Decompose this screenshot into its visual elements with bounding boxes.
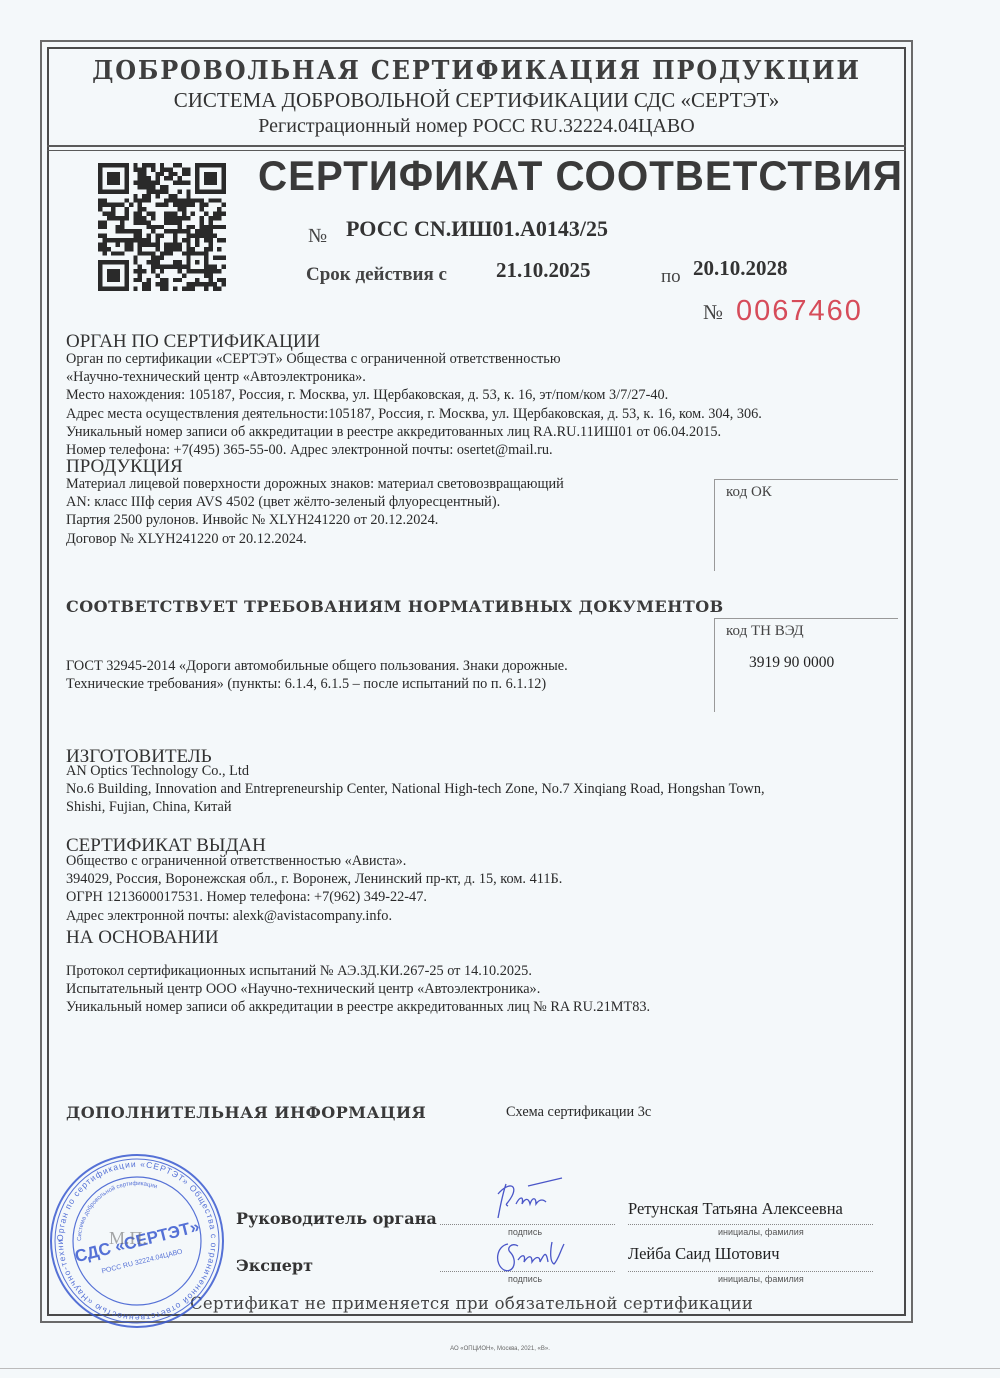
serial-number: 0067460 <box>736 295 863 328</box>
certification-scheme: Схема сертификации 3с <box>506 1103 651 1121</box>
basis-title: НА ОСНОВАНИИ <box>66 927 219 949</box>
manufacturer-details: AN Optics Technology Co., Ltd No.6 Build… <box>66 762 906 817</box>
conformity-details: ГОСТ 32945-2014 «Дороги автомобильные об… <box>66 657 706 693</box>
text-line: Орган по сертификации «СЕРТЭТ» Общества … <box>66 350 896 368</box>
issued-to-details: Общество с ограниченной ответственностью… <box>66 852 906 925</box>
text-line: ОГРН 1213600017531. Номер телефона: +7(9… <box>66 888 906 906</box>
signature-role-expert: Эксперт <box>236 1256 313 1275</box>
header-title: ДОБРОВОЛЬНАЯ СЕРТИФИКАЦИЯ ПРОДУКЦИИ <box>81 56 871 86</box>
name-line-head <box>628 1224 873 1225</box>
signature-name-head: Ретунская Татьяна Алексеевна <box>628 1199 843 1219</box>
text-line: Shishi, Fujian, China, Китай <box>66 798 906 816</box>
valid-from: 21.10.2025 <box>496 258 591 283</box>
validity-label: Срок действия с <box>306 264 447 286</box>
name-caption-head: инициалы, фамилия <box>718 1227 804 1237</box>
text-line: Технические требования» (пункты: 6.1.4, … <box>66 675 706 693</box>
serial-label: № <box>703 300 723 325</box>
valid-to-label: по <box>661 266 681 288</box>
bottom-rule <box>0 1368 1000 1369</box>
stamp-seal-icon: Орган по сертификации «СЕРТЭТ» Общества … <box>48 1152 226 1330</box>
text-line: 394029, Россия, Воронежская обл., г. Вор… <box>66 870 906 888</box>
text-line: Номер телефона: +7(495) 365-55-00. Адрес… <box>66 441 896 459</box>
signature-expert-icon <box>488 1230 588 1280</box>
text-line: No.6 Building, Innovation and Entreprene… <box>66 780 906 798</box>
text-line: Материал лицевой поверхности дорожных зн… <box>66 475 706 493</box>
certificate-title: СЕРТИФИКАТ СООТВЕТСТВИЯ <box>258 152 903 200</box>
text-line: AN: класс IIIф серия AVS 4502 (цвет жёлт… <box>66 493 706 511</box>
valid-to: 20.10.2028 <box>693 256 788 281</box>
basis-details: Протокол сертификационных испытаний № АЭ… <box>66 962 906 1017</box>
signature-line-head <box>440 1224 615 1225</box>
text-line: Уникальный номер записи об аккредитации … <box>66 423 896 441</box>
ok-code-value <box>715 501 898 515</box>
signature-role-head: Руководитель органа <box>236 1209 437 1228</box>
text-line: Партия 2500 рулонов. Инвойс № XLYH241220… <box>66 511 706 529</box>
qr-code-icon <box>98 163 226 291</box>
printer-imprint: АО «ОПЦИОН», Москва, 2021, «В». <box>0 1346 1000 1352</box>
svg-text:М.П.: М.П. <box>109 1228 147 1248</box>
product-details: Материал лицевой поверхности дорожных зн… <box>66 475 706 548</box>
text-line: Уникальный номер записи об аккредитации … <box>66 998 906 1016</box>
certificate-number: РОСС CN.ИШ01.А0143/25 <box>346 216 608 242</box>
conformity-title: СООТВЕТСТВУЕТ ТРЕБОВАНИЯМ НОРМАТИВНЫХ ДО… <box>66 597 724 616</box>
signature-name-expert: Лейба Саид Шотович <box>628 1244 780 1264</box>
certification-body-details: Орган по сертификации «СЕРТЭТ» Общества … <box>66 350 896 459</box>
number-label: № <box>308 225 327 248</box>
ok-code-box: код ОК <box>714 479 898 571</box>
text-line: AN Optics Technology Co., Ltd <box>66 762 906 780</box>
name-line-expert <box>628 1271 873 1272</box>
additional-info-title: ДОПОЛНИТЕЛЬНАЯ ИНФОРМАЦИЯ <box>66 1103 426 1122</box>
text-line: Договор № XLYH241220 от 20.12.2024. <box>66 530 706 548</box>
text-line: Испытательный центр ООО «Научно-техничес… <box>66 980 906 998</box>
footer-note: Сертификат не применяется при обязательн… <box>190 1294 753 1313</box>
signature-head-icon <box>488 1174 578 1224</box>
text-line: Место нахождения: 105187, Россия, г. Мос… <box>66 386 896 404</box>
header-system: СИСТЕМА ДОБРОВОЛЬНОЙ СЕРТИФИКАЦИИ СДС «С… <box>47 88 906 113</box>
text-line: ГОСТ 32945-2014 «Дороги автомобильные об… <box>66 657 706 675</box>
text-line: «Научно-технический центр «Автоэлектрони… <box>66 368 896 386</box>
tnved-code-value: 3919 90 0000 <box>715 640 898 672</box>
name-caption-expert: инициалы, фамилия <box>718 1274 804 1284</box>
text-line: Протокол сертификационных испытаний № АЭ… <box>66 962 906 980</box>
header-registration: Регистрационный номер РОСС RU.32224.04ЦА… <box>47 115 906 138</box>
text-line: Адрес электронной почты: alexk@avistacom… <box>66 907 906 925</box>
header-divider <box>47 145 906 147</box>
tnved-code-label: код ТН ВЭД <box>715 619 898 640</box>
text-line: Адрес места осуществления деятельности:1… <box>66 405 896 423</box>
tnved-code-box: код ТН ВЭД 3919 90 0000 <box>714 618 898 712</box>
ok-code-label: код ОК <box>715 480 898 501</box>
text-line: Общество с ограниченной ответственностью… <box>66 852 906 870</box>
header-divider-2 <box>47 150 906 151</box>
